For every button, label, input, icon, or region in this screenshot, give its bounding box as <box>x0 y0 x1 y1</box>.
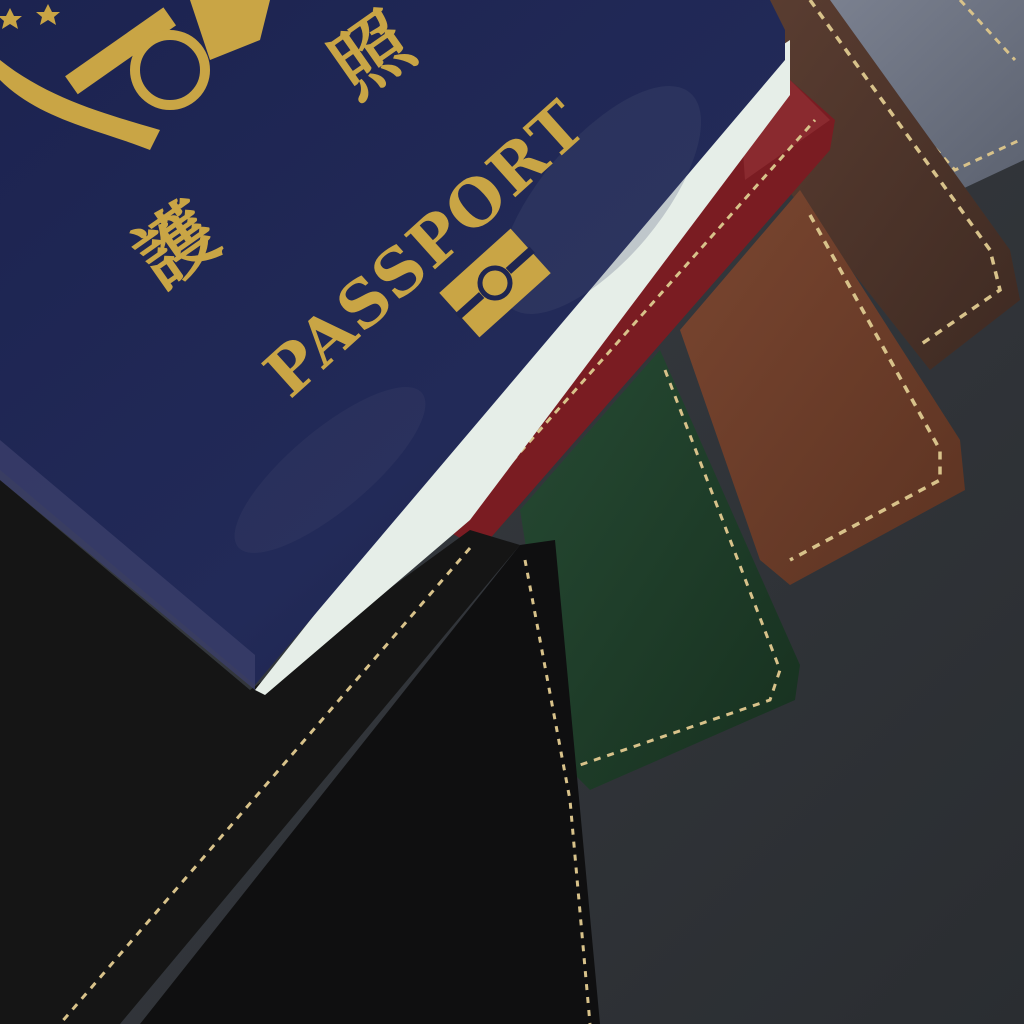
photo-scene: 照 護 PASSPORT <box>0 0 1024 1024</box>
scene-drawing: 照 護 PASSPORT <box>0 0 1024 1024</box>
